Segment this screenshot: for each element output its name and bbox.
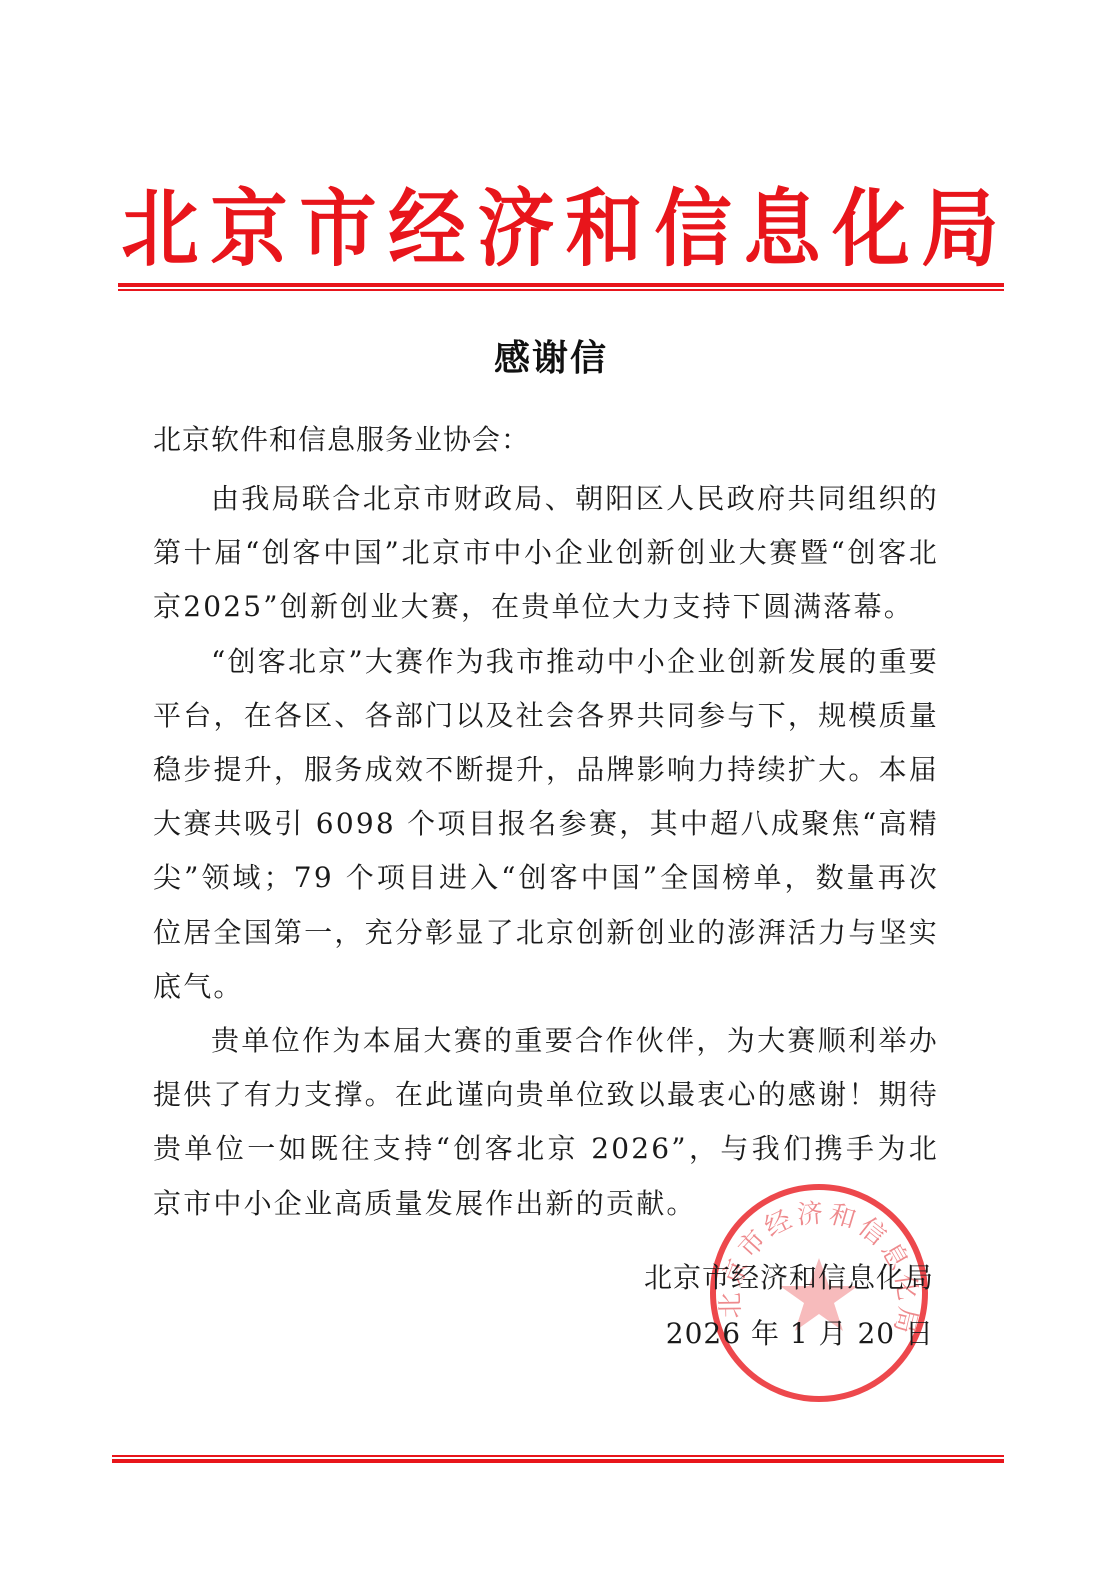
signature-block: 北京市经济和信息化局 2026 年 1 月 20 日: [644, 1250, 934, 1362]
letterhead-char: 和: [566, 162, 643, 283]
letterhead-char: 局: [921, 162, 998, 283]
letterhead-char: 北: [121, 162, 198, 283]
footer-divider: [112, 1455, 1004, 1463]
letter-body: 由我局联合北京市财政局、朝阳区人民政府共同组织的第十届“创客中国”北京市中小企业…: [153, 472, 939, 1231]
body-paragraph: 由我局联合北京市财政局、朝阳区人民政府共同组织的第十届“创客中国”北京市中小企业…: [153, 472, 939, 635]
letterhead-char: 济: [477, 162, 554, 283]
letterhead-char: 信: [655, 162, 732, 283]
letterhead-char: 京: [210, 162, 287, 283]
signature-org: 北京市经济和信息化局: [644, 1250, 934, 1306]
salutation: 北京软件和信息服务业协会：: [153, 418, 530, 458]
letter-title: 感谢信: [0, 330, 1102, 381]
letterhead-char: 化: [832, 162, 909, 283]
body-paragraph: “创客北京”大赛作为我市推动中小企业创新发展的重要平台，在各区、各部门以及社会各…: [153, 635, 939, 1014]
letterhead-char: 经: [388, 162, 465, 283]
letterhead-org-name: 北 京 市 经 济 和 信 息 化 局: [118, 172, 1002, 272]
letterhead-divider: [118, 283, 1004, 291]
signature-date: 2026 年 1 月 20 日: [644, 1306, 934, 1362]
letterhead-char: 市: [299, 162, 376, 283]
letterhead-char: 息: [743, 162, 820, 283]
